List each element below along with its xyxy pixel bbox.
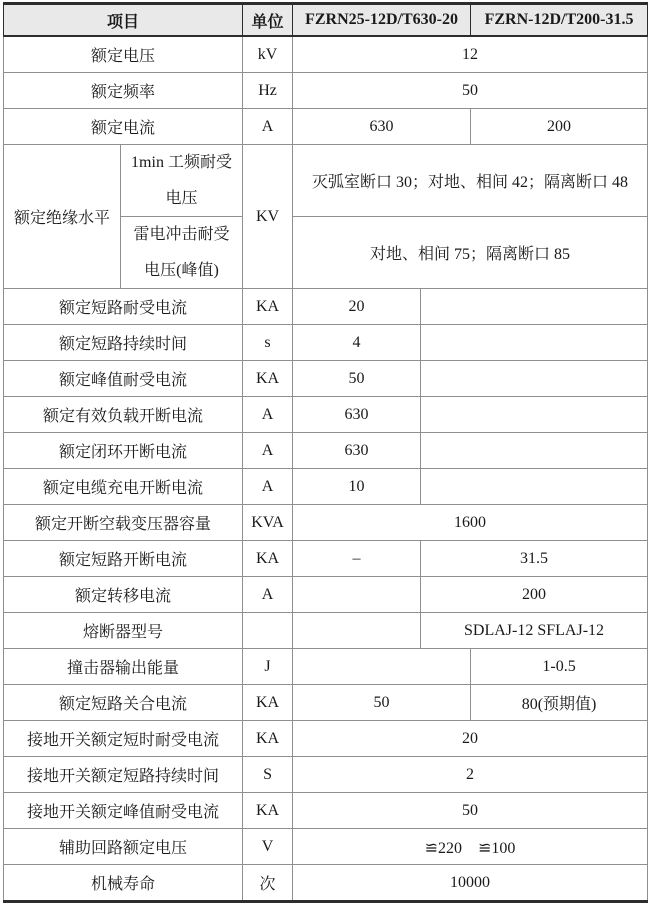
cell-unit: A [243,433,293,469]
row-cable-charging-breaking: 额定电缆充电开断电流 A 10 [4,469,648,505]
header-item: 项目 [4,4,243,37]
row-closed-loop-breaking: 额定闭环开断电流 A 630 [4,433,648,469]
cell-label: 额定峰值耐受电流 [4,361,243,397]
cell-unit: kV [243,36,293,73]
cell-label: 额定闭环开断电流 [4,433,243,469]
cell-unit: KA [243,541,293,577]
row-short-making: 额定短路关合电流 KA 50 80(预期值) [4,685,648,721]
cell-unit: S [243,757,293,793]
cell-label: 接地开关额定峰值耐受电流 [4,793,243,829]
cell-value-b-empty [421,325,648,361]
cell-value-a: – [293,541,421,577]
cell-value-b: SDLAJ-12 SFLAJ-12 [421,613,648,649]
row-insulation-power-freq: 额定绝缘水平 1min 工频耐受电压 KV 灭弧室断口 30；对地、相间 42；… [4,145,648,217]
cell-unit: KA [243,685,293,721]
cell-value-a: 20 [293,289,421,325]
cell-value-a: 50 [293,685,471,721]
row-transfer-current: 额定转移电流 A 200 [4,577,648,613]
cell-value: 50 [293,793,648,829]
cell-label: 机械寿命 [4,865,243,902]
header-model-b: FZRN-12D/T200-31.5 [471,4,648,37]
cell-value-a: 50 [293,361,421,397]
spec-sheet-page: 项目 单位 FZRN25-12D/T630-20 FZRN-12D/T200-3… [0,0,650,906]
cell-label: 额定短路持续时间 [4,325,243,361]
cell-sub-label: 雷电冲击耐受电压(峰值) [121,217,243,289]
row-rated-current: 额定电流 A 630 200 [4,109,648,145]
cell-label: 接地开关额定短时耐受电流 [4,721,243,757]
cell-group-label: 额定绝缘水平 [4,145,121,289]
row-rated-voltage: 额定电压 kV 12 [4,36,648,73]
cell-unit: Hz [243,73,293,109]
cell-unit: KA [243,361,293,397]
row-fuse-model: 熔断器型号 SDLAJ-12 SFLAJ-12 [4,613,648,649]
cell-unit: KVA [243,505,293,541]
cell-label: 接地开关额定短路持续时间 [4,757,243,793]
row-short-withstand: 额定短路耐受电流 KA 20 [4,289,648,325]
cell-unit: A [243,397,293,433]
cell-value-b-empty [421,361,648,397]
cell-unit: V [243,829,293,865]
cell-value-b-empty [421,433,648,469]
cell-label: 额定短路关合电流 [4,685,243,721]
row-no-load-transformer: 额定开断空载变压器容量 KVA 1600 [4,505,648,541]
row-es-peak-withstand: 接地开关额定峰值耐受电流 KA 50 [4,793,648,829]
cell-value: 10000 [293,865,648,902]
row-short-circuit-breaking: 额定短路开断电流 KA – 31.5 [4,541,648,577]
cell-value-b: 31.5 [421,541,648,577]
cell-value-a: 630 [293,397,421,433]
cell-unit: KA [243,289,293,325]
cell-label: 额定短路开断电流 [4,541,243,577]
cell-label: 额定有效负载开断电流 [4,397,243,433]
cell-value: 对地、相间 75；隔离断口 85 [293,217,648,289]
cell-label: 熔断器型号 [4,613,243,649]
cell-label: 辅助回路额定电压 [4,829,243,865]
cell-value-b: 200 [421,577,648,613]
cell-value-a: 630 [293,109,471,145]
cell-label: 额定短路耐受电流 [4,289,243,325]
row-aux-circuit-voltage: 辅助回路额定电压 V ≌220 ≌100 [4,829,648,865]
row-mechanical-life: 机械寿命 次 10000 [4,865,648,902]
cell-unit: 次 [243,865,293,902]
cell-unit: KA [243,721,293,757]
cell-label: 额定电缆充电开断电流 [4,469,243,505]
row-rated-frequency: 额定频率 Hz 50 [4,73,648,109]
cell-value: ≌220 ≌100 [293,829,648,865]
cell-unit: A [243,109,293,145]
cell-label: 撞击器输出能量 [4,649,243,685]
spec-table: 项目 单位 FZRN25-12D/T630-20 FZRN-12D/T200-3… [3,2,648,903]
cell-label: 额定电流 [4,109,243,145]
cell-value-a-empty [293,577,421,613]
cell-value: 1600 [293,505,648,541]
header-model-a: FZRN25-12D/T630-20 [293,4,471,37]
cell-unit: KA [243,793,293,829]
cell-value-a: 630 [293,433,421,469]
row-short-duration: 额定短路持续时间 s 4 [4,325,648,361]
table-header-row: 项目 单位 FZRN25-12D/T630-20 FZRN-12D/T200-3… [4,4,648,37]
row-load-breaking: 额定有效负载开断电流 A 630 [4,397,648,433]
cell-unit: A [243,469,293,505]
cell-value-a: 4 [293,325,421,361]
row-es-short-withstand: 接地开关额定短时耐受电流 KA 20 [4,721,648,757]
cell-value-b: 80(预期值) [471,685,648,721]
cell-label: 额定开断空载变压器容量 [4,505,243,541]
row-peak-withstand: 额定峰值耐受电流 KA 50 [4,361,648,397]
cell-value: 2 [293,757,648,793]
cell-sub-label: 1min 工频耐受电压 [121,145,243,217]
cell-value-b: 1-0.5 [471,649,648,685]
row-striker-energy: 撞击器输出能量 J 1-0.5 [4,649,648,685]
cell-label: 额定频率 [4,73,243,109]
cell-value: 灭弧室断口 30；对地、相间 42；隔离断口 48 [293,145,648,217]
cell-value-a-empty [293,649,471,685]
cell-value-b-empty [421,289,648,325]
cell-value-b: 200 [471,109,648,145]
cell-value-b-empty [421,397,648,433]
cell-label: 额定转移电流 [4,577,243,613]
header-unit: 单位 [243,4,293,37]
cell-unit: J [243,649,293,685]
cell-unit: KV [243,145,293,289]
cell-value: 20 [293,721,648,757]
row-es-short-duration: 接地开关额定短路持续时间 S 2 [4,757,648,793]
cell-label: 额定电压 [4,36,243,73]
cell-value-a: 10 [293,469,421,505]
cell-value-a-empty [293,613,421,649]
cell-unit: s [243,325,293,361]
cell-value: 50 [293,73,648,109]
cell-unit: A [243,577,293,613]
cell-unit-empty [243,613,293,649]
cell-value-b-empty [421,469,648,505]
cell-value: 12 [293,36,648,73]
